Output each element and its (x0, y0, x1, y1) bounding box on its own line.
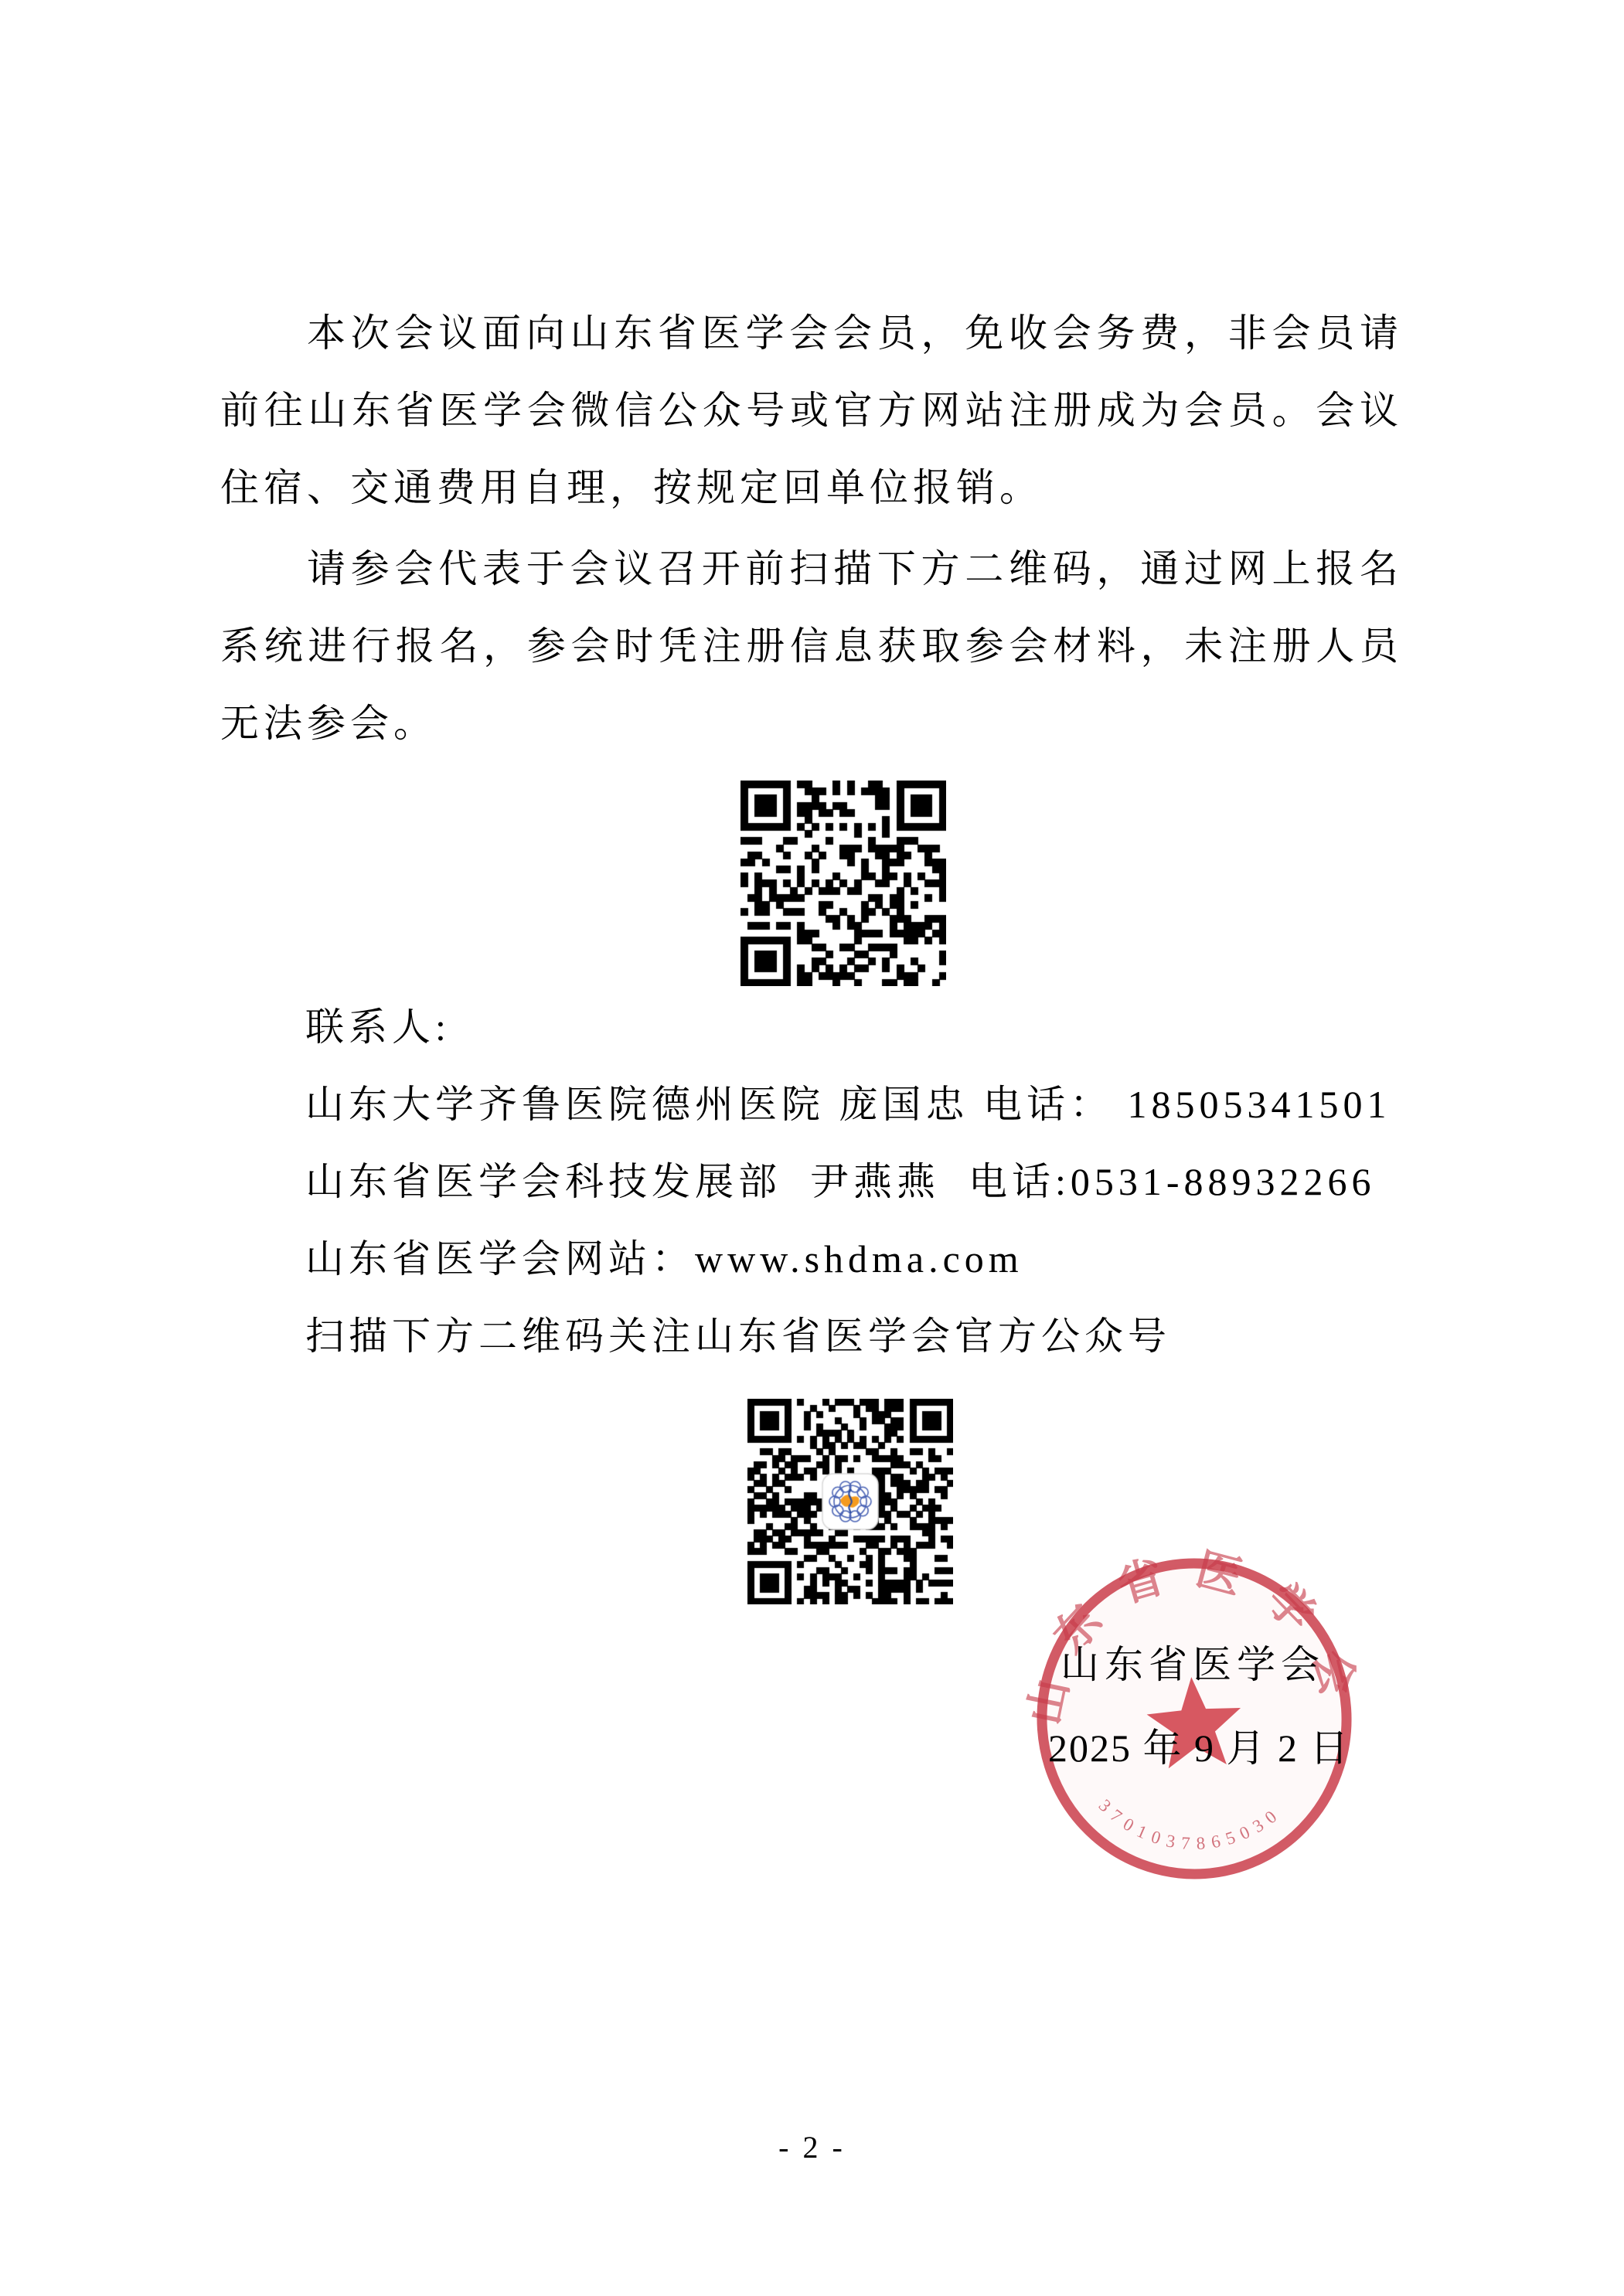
official-account-qr-code-icon (747, 1399, 953, 1604)
contact-website-line: 山东省医学会网站：www.shdma.com (305, 1236, 1411, 1281)
signature-organization: 山东省医学会 (1061, 1643, 1325, 1686)
contact-hospital-line: 山东大学齐鲁医院德州医院 庞国忠 电话： 18505341501 (305, 1082, 1411, 1127)
paragraph2-line3: 无法参会。 (220, 701, 1403, 746)
contact-society-line: 山东省医学会科技发展部 尹燕燕 电话:0531-88932266 (305, 1159, 1411, 1204)
contact-wechat-line: 扫描下方二维码关注山东省医学会官方公众号 (305, 1314, 1411, 1359)
contact-label: 联系人: (305, 1005, 1411, 1049)
document-page: { "body": { "p1l1": "本次会议面向山东省医学会会员，免收会务… (0, 0, 1624, 2296)
official-red-seal: 山东省医学会 3701037865030 (1005, 1529, 1384, 1909)
page-number: - 2 - (0, 2130, 1624, 2165)
paragraph1-line3: 住宿、交通费用自理，按规定回单位报销。 (220, 465, 1403, 510)
registration-qr-code-icon (741, 781, 946, 986)
paragraph1-line2: 前往山东省医学会微信公众号或官方网站注册成为会员。会议 (220, 388, 1403, 433)
paragraph2-line1: 请参会代表于会议召开前扫描下方二维码，通过网上报名 (220, 546, 1403, 591)
paragraph1-line1: 本次会议面向山东省医学会会员，免收会务费，非会员请 (220, 311, 1403, 355)
paragraph2-line2: 系统进行报名，参会时凭注册信息获取参会材料，未注册人员 (220, 624, 1403, 668)
signature-date: 2025 年 9 月 2 日 (1048, 1726, 1350, 1770)
